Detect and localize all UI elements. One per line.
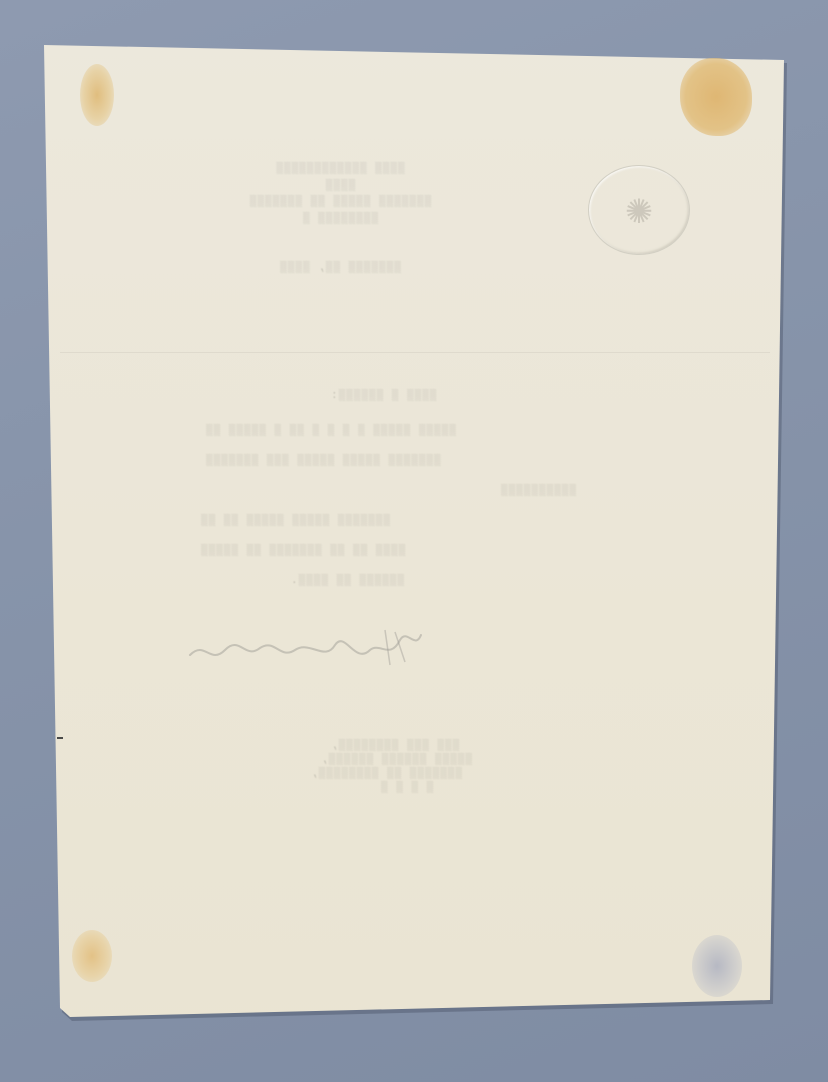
address-line-1: ▒▒▒ ▒▒▒ ▒▒▒▒▒▒▒▒, (330, 740, 459, 752)
body-line-3: ▒▒▒▒▒▒▒▒▒▒ (500, 485, 576, 497)
ink-mark (57, 737, 63, 739)
letterhead-line-4: ▒▒▒▒▒▒▒▒ ▒ (240, 213, 440, 225)
letterhead-line-3: ▒▒▒▒▒▒▒ ▒▒▒▒▒ ▒▒ ▒▒▒▒▒▒▒ (240, 196, 440, 208)
fold-line (60, 352, 770, 353)
tape-stain-bottom-left (72, 930, 112, 982)
closing-line-2: ▒▒▒▒ ▒▒ ▒▒ ▒▒▒▒▒▒▒ ▒▒ ▒▒▒▒▒ (200, 545, 405, 557)
salutation: ▒▒▒▒ ▒ ▒▒▒▒▒▒: (330, 390, 436, 402)
letterhead-line-2: ▒▒▒▒ (240, 180, 440, 192)
body-line-1: ▒▒▒▒▒ ▒▒▒▒▒ ▒ ▒ ▒ ▒ ▒▒ ▒ ▒▒▒▒▒ ▒▒ (205, 425, 456, 437)
seal-glyph: ✺ (626, 183, 653, 237)
body-line-2: ▒▒▒▒▒▒▒ ▒▒▒▒▒ ▒▒▒▒▒ ▒▒▒ ▒▒▒▒▒▒▒ (205, 455, 441, 467)
tape-stain-top-right (680, 58, 752, 136)
smudge-bottom-right (692, 935, 742, 997)
address-line-2: ▒▒▒▒▒ ▒▒▒▒▒▒ ▒▒▒▒▒▒, (320, 754, 472, 766)
signature (185, 620, 425, 675)
letterhead-line-1: ▒▒▒▒ ▒▒▒▒▒▒▒▒▒▒▒▒ (240, 163, 440, 175)
address-line-4: ▒ ▒ ▒ ▒ (380, 782, 433, 794)
letterhead-date: ▒▒▒▒▒▒▒ ▒▒, ▒▒▒▒ (240, 262, 440, 274)
closing-line-1: ▒▒▒▒▒▒▒ ▒▒▒▒▒ ▒▒▒▒▒ ▒▒ ▒▒ (200, 515, 390, 527)
tape-stain-top-left (80, 64, 114, 126)
closing-line-3: ▒▒▒▒▒▒ ▒▒ ▒▒▒▒. (290, 575, 404, 587)
eagle-seal-icon: ✺ (588, 165, 690, 255)
address-line-3: ▒▒▒▒▒▒▒ ▒▒ ▒▒▒▒▒▒▒▒, (310, 768, 462, 780)
